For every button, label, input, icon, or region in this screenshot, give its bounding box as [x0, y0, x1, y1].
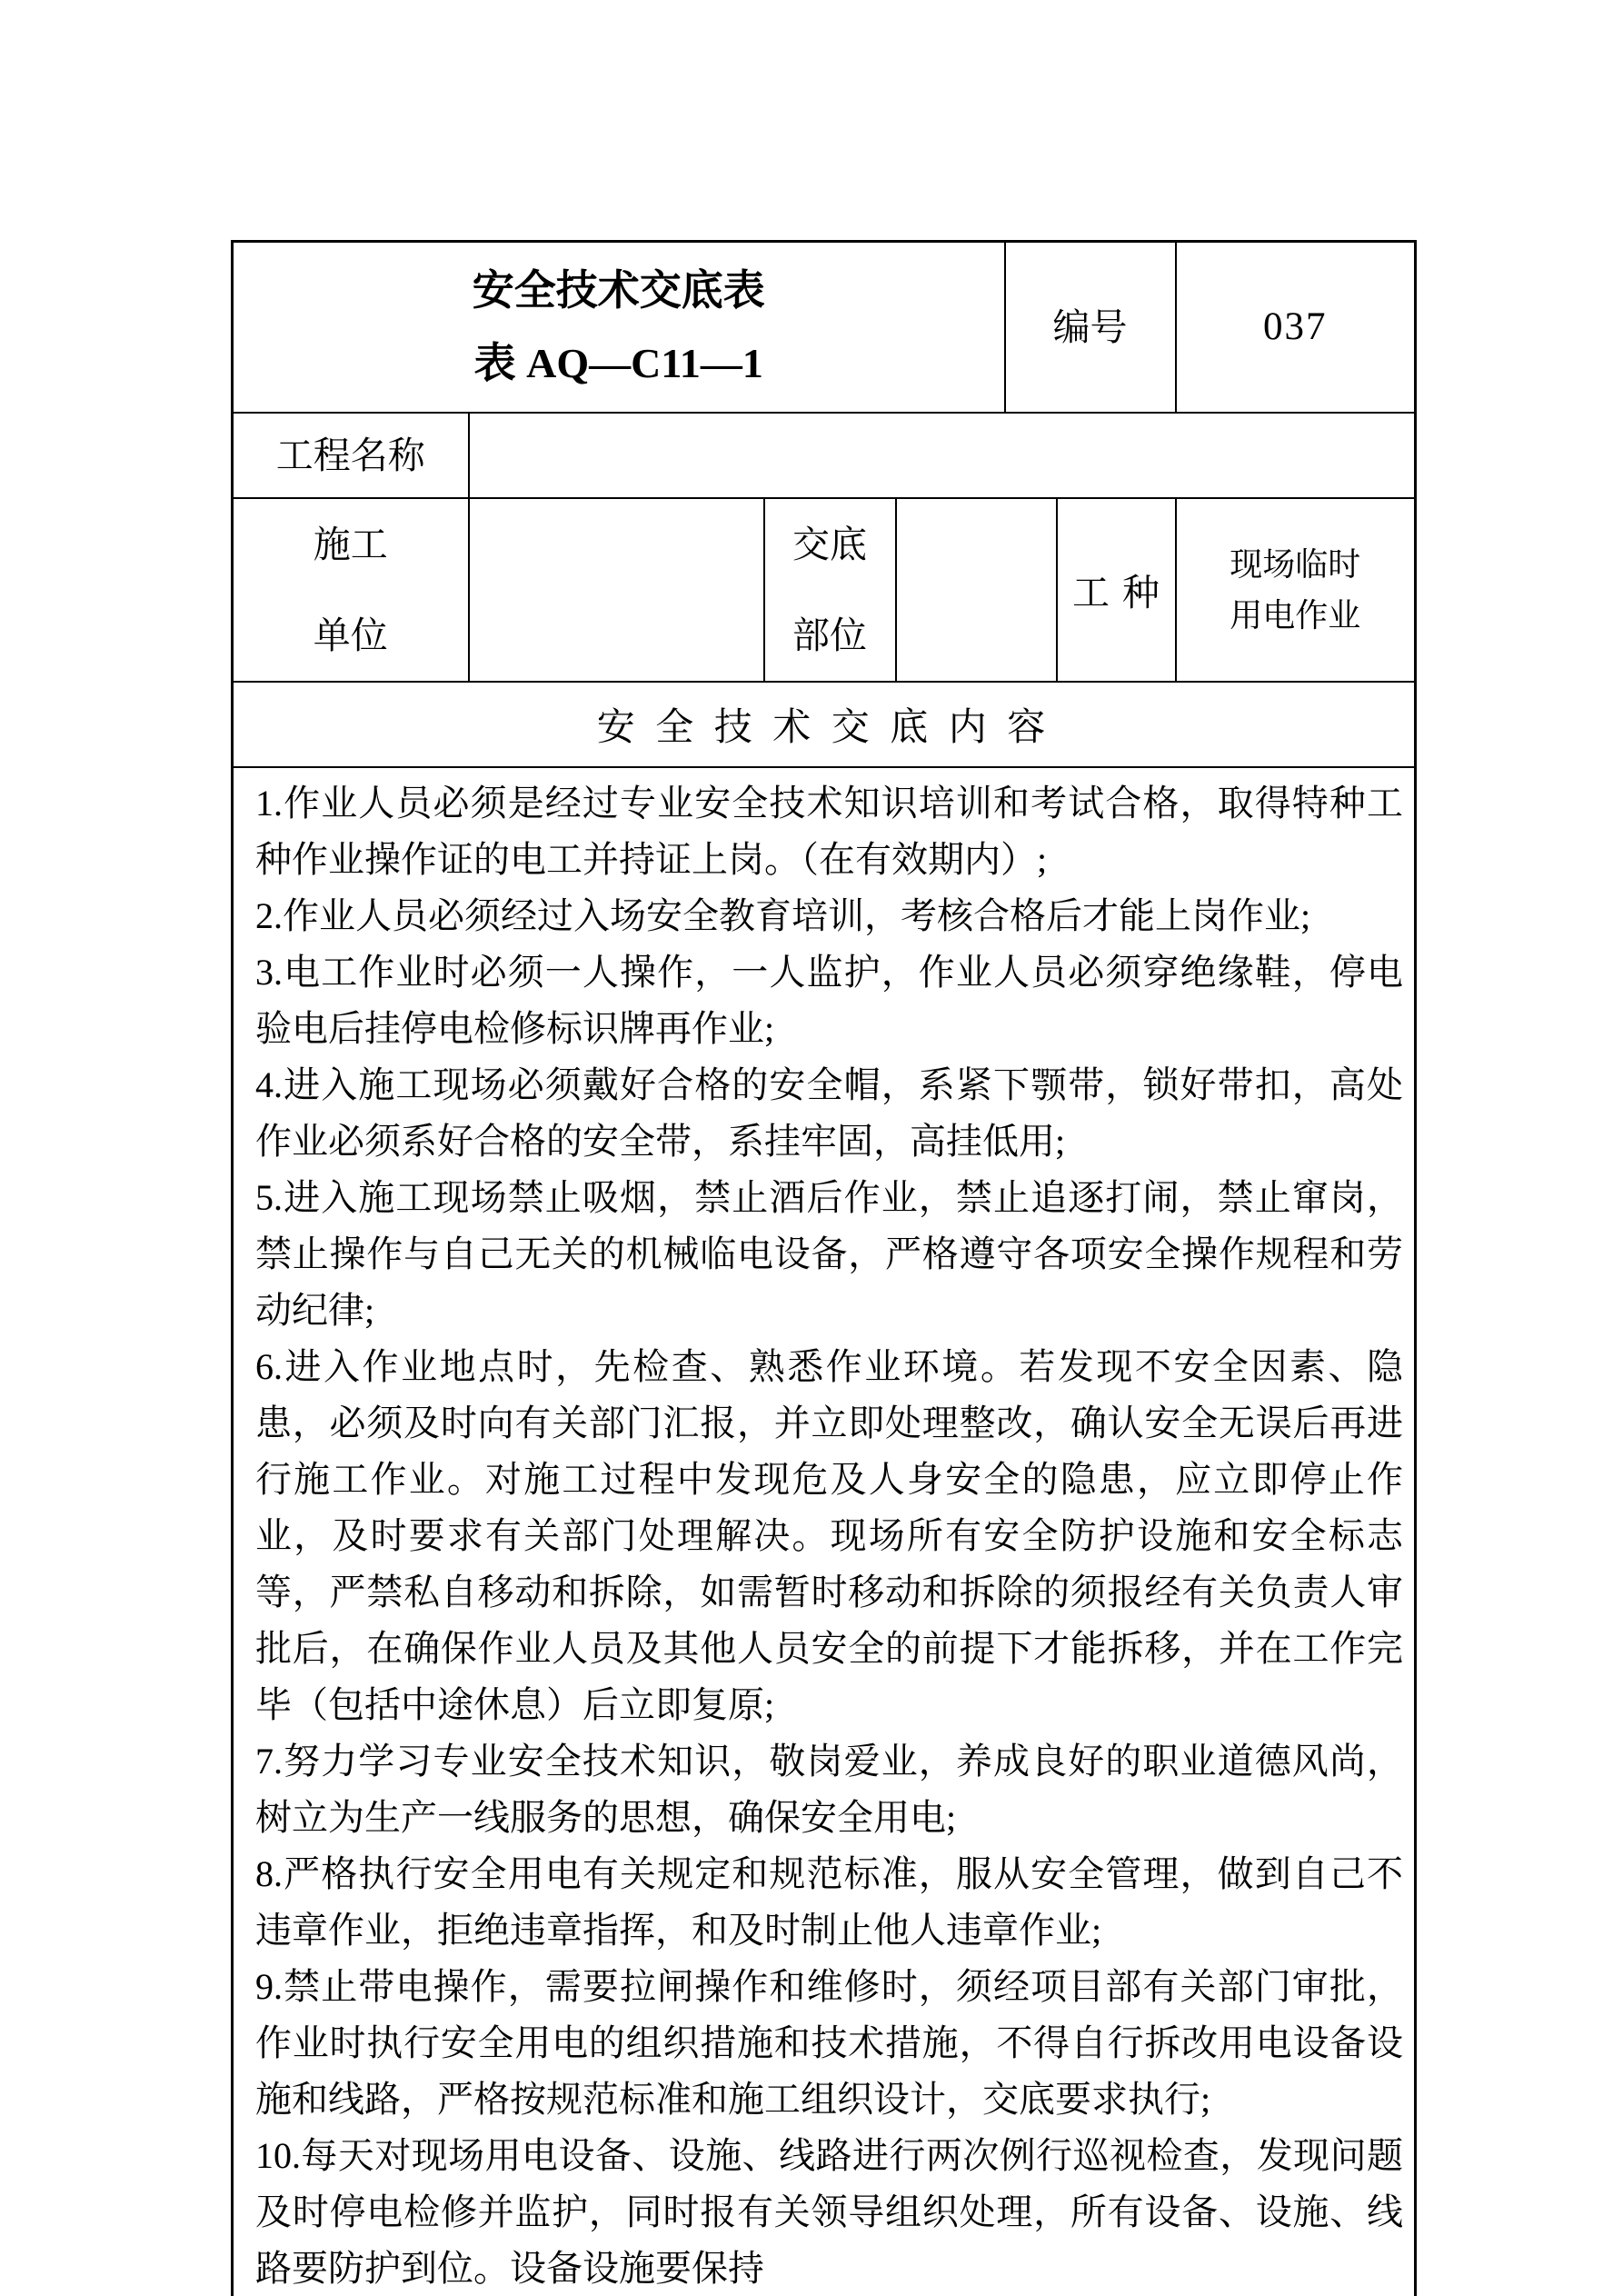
disclosure-part-label-line2: 部位 [765, 590, 895, 681]
construction-unit-label-line1: 施工 [234, 499, 468, 590]
section-header-row: 安 全 技 术 交 底 内 容 [233, 682, 1416, 767]
project-name-label: 工程名称 [233, 413, 469, 498]
content-item: 3.电工作业时必须一人操作，一人监护，作业人员必须穿绝缘鞋，停电验电后挂停电检修… [255, 944, 1403, 1057]
content-item: 4.进入施工现场必须戴好合格的安全帽，系紧下颚带，锁好带扣，高处作业必须系好合格… [255, 1057, 1403, 1170]
document-page: 安全技术交底表 表 AQ—C11—1 编号 037 工程名称 施工 单位 交底 … [0, 0, 1623, 2296]
content-item: 6.进入作业地点时，先检查、熟悉作业环境。若发现不安全因素、隐患，必须及时向有关… [255, 1339, 1403, 1733]
content-cell: 1.作业人员必须是经过专业安全技术知识培训和考试合格，取得特种工种作业操作证的电… [233, 767, 1416, 2296]
content-item: 9.禁止带电操作，需要拉闸操作和维修时，须经项目部有关部门审批，作业时执行安全用… [255, 1959, 1403, 2128]
work-type-value-line2: 用电作业 [1177, 590, 1415, 641]
content-item: 8.严格执行安全用电有关规定和规范标准，服从安全管理，做到自己不违章作业，拒绝违… [255, 1846, 1403, 1959]
work-type-label: 工种 [1057, 498, 1176, 682]
disclosure-part-value [896, 498, 1057, 682]
work-type-value-line1: 现场临时 [1177, 539, 1415, 590]
content-item: 2.作业人员必须经过入场安全教育培训，考核合格后才能上岗作业; [255, 888, 1403, 944]
unit-row: 施工 单位 交底 部位 工种 现场临时 用电作业 [233, 498, 1416, 682]
content-row: 1.作业人员必须是经过专业安全技术知识培训和考试合格，取得特种工种作业操作证的电… [233, 767, 1416, 2296]
content-item: 10.每天对现场用电设备、设施、线路进行两次例行巡视检查，发现问题及时停电检修并… [255, 2128, 1403, 2296]
safety-disclosure-form-table: 安全技术交底表 表 AQ—C11—1 编号 037 工程名称 施工 单位 交底 … [231, 240, 1417, 2296]
header-row: 安全技术交底表 表 AQ—C11—1 编号 037 [233, 242, 1416, 413]
number-value: 037 [1176, 242, 1416, 413]
form-title: 安全技术交底表 [234, 255, 1004, 327]
construction-unit-label: 施工 单位 [233, 498, 469, 682]
project-name-row: 工程名称 [233, 413, 1416, 498]
work-type-value: 现场临时 用电作业 [1176, 498, 1416, 682]
section-header: 安 全 技 术 交 底 内 容 [233, 682, 1416, 767]
form-title-cell: 安全技术交底表 表 AQ—C11—1 [233, 242, 1005, 413]
form-code: 表 AQ—C11—1 [234, 327, 1004, 400]
disclosure-part-label: 交底 部位 [764, 498, 896, 682]
construction-unit-label-line2: 单位 [234, 590, 468, 681]
content-item: 7.努力学习专业安全技术知识，敬岗爱业，养成良好的职业道德风尚，树立为生产一线服… [255, 1733, 1403, 1846]
content-list: 1.作业人员必须是经过专业安全技术知识培训和考试合格，取得特种工种作业操作证的电… [234, 768, 1414, 2296]
number-label: 编号 [1005, 242, 1176, 413]
disclosure-part-label-line1: 交底 [765, 499, 895, 590]
content-item: 5.进入施工现场禁止吸烟，禁止酒后作业，禁止追逐打闹，禁止窜岗，禁止操作与自己无… [255, 1170, 1403, 1339]
project-name-value [469, 413, 1416, 498]
construction-unit-value [469, 498, 764, 682]
content-item: 1.作业人员必须是经过专业安全技术知识培训和考试合格，取得特种工种作业操作证的电… [255, 775, 1403, 888]
